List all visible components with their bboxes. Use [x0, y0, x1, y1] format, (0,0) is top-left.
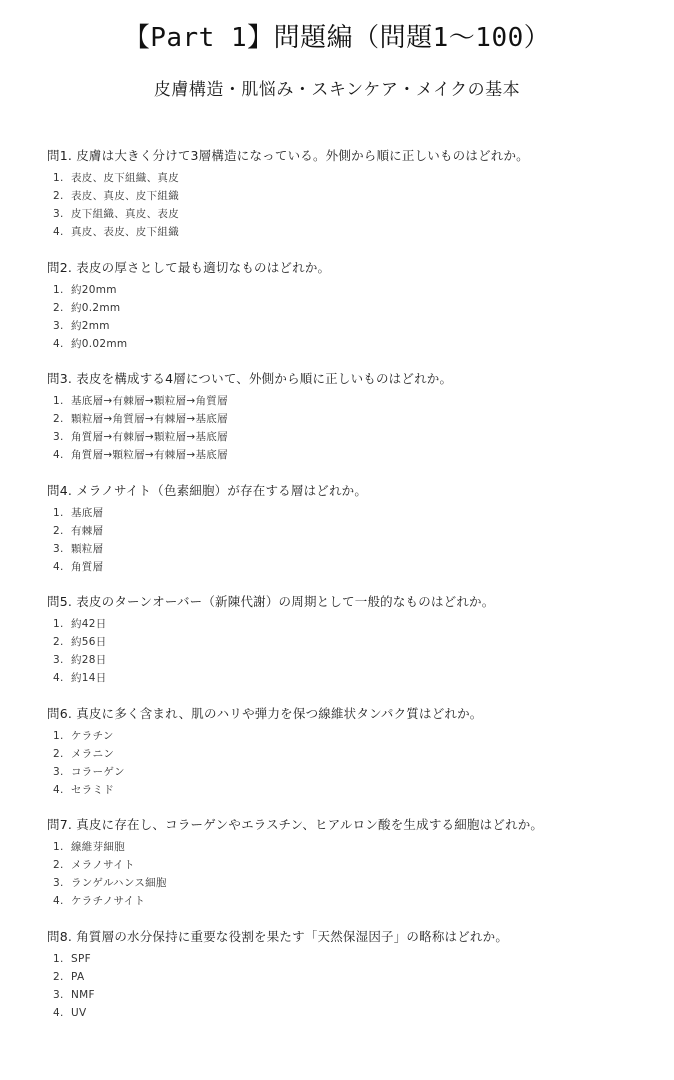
option-text: 約28日 — [71, 654, 107, 666]
option-item: 1.ケラチン — [53, 727, 654, 745]
option-item: 2.有棘層 — [53, 522, 654, 540]
option-number: 1. — [53, 169, 71, 187]
option-text: 真皮、表皮、皮下組織 — [71, 226, 179, 238]
option-item: 4.約0.02mm — [53, 335, 654, 353]
option-text: 約56日 — [71, 636, 107, 648]
option-item: 1.約42日 — [53, 615, 654, 633]
option-text: 角質層→顆粒層→有棘層→基底層 — [71, 449, 228, 461]
option-number: 4. — [53, 223, 71, 241]
option-number: 1. — [53, 727, 71, 745]
option-text: 皮下組織、真皮、表皮 — [71, 208, 179, 220]
option-number: 2. — [53, 299, 71, 317]
option-number: 4. — [53, 446, 71, 464]
option-number: 2. — [53, 633, 71, 651]
option-text: 約0.2mm — [71, 302, 120, 314]
option-text: 表皮、真皮、皮下組織 — [71, 190, 179, 202]
option-number: 3. — [53, 205, 71, 223]
option-text: PA — [71, 971, 84, 983]
option-number: 2. — [53, 522, 71, 540]
option-number: 4. — [53, 1004, 71, 1022]
option-number: 1. — [53, 615, 71, 633]
option-item: 2.約56日 — [53, 633, 654, 651]
option-number: 3. — [53, 763, 71, 781]
option-text: 基底層→有棘層→顆粒層→角質層 — [71, 395, 228, 407]
option-list: 1.約20mm 2.約0.2mm 3.約2mm 4.約0.02mm — [47, 281, 654, 353]
question-number: 問6. — [47, 706, 72, 721]
option-text: 線維芽細胞 — [71, 841, 125, 853]
option-text: UV — [71, 1007, 86, 1019]
option-text: 約20mm — [71, 284, 117, 296]
option-list: 1.約42日 2.約56日 3.約28日 4.約14日 — [47, 615, 654, 687]
option-item: 2.約0.2mm — [53, 299, 654, 317]
question-5: 問5. 表皮のターンオーバー（新陳代謝）の周期として一般的なものはどれか。 1.… — [47, 592, 654, 704]
option-item: 3.約2mm — [53, 317, 654, 335]
option-text: ケラチン — [71, 730, 114, 742]
option-item: 4.セラミド — [53, 781, 654, 799]
option-number: 4. — [53, 335, 71, 353]
option-text: 約42日 — [71, 618, 107, 630]
option-item: 3.NMF — [53, 986, 654, 1004]
option-item: 3.ランゲルハンス細胞 — [53, 874, 654, 892]
option-item: 4.UV — [53, 1004, 654, 1022]
question-body: 真皮に存在し、コラーゲンやエラスチン、ヒアルロン酸を生成する細胞はどれか。 — [76, 817, 543, 832]
option-item: 3.約28日 — [53, 651, 654, 669]
question-text: 問5. 表皮のターンオーバー（新陳代謝）の周期として一般的なものはどれか。 — [47, 592, 654, 612]
question-2: 問2. 表皮の厚さとして最も適切なものはどれか。 1.約20mm 2.約0.2m… — [47, 258, 654, 370]
question-text: 問2. 表皮の厚さとして最も適切なものはどれか。 — [47, 258, 654, 278]
option-item: 3.顆粒層 — [53, 540, 654, 558]
option-text: 表皮、皮下組織、真皮 — [71, 172, 179, 184]
question-1: 問1. 皮膚は大きく分けて3層構造になっている。外側から順に正しいものはどれか。… — [47, 146, 654, 258]
option-number: 4. — [53, 669, 71, 687]
option-item: 4.真皮、表皮、皮下組織 — [53, 223, 654, 241]
page-subtitle: 皮膚構造・肌悩み・スキンケア・メイクの基本 — [0, 78, 674, 102]
option-item: 1.基底層→有棘層→顆粒層→角質層 — [53, 392, 654, 410]
option-text: 顆粒層→角質層→有棘層→基底層 — [71, 413, 228, 425]
option-text: 約2mm — [71, 320, 110, 332]
question-number: 問4. — [47, 483, 72, 498]
option-text: 角質層 — [71, 561, 103, 573]
question-text: 問6. 真皮に多く含まれ、肌のハリや弾力を保つ線維状タンパク質はどれか。 — [47, 704, 654, 724]
option-text: SPF — [71, 953, 91, 965]
question-text: 問1. 皮膚は大きく分けて3層構造になっている。外側から順に正しいものはどれか。 — [47, 146, 654, 166]
option-item: 4.角質層 — [53, 558, 654, 576]
option-number: 1. — [53, 392, 71, 410]
option-item: 2.PA — [53, 968, 654, 986]
option-number: 1. — [53, 950, 71, 968]
option-number: 1. — [53, 504, 71, 522]
option-number: 3. — [53, 428, 71, 446]
option-list: 1.表皮、皮下組織、真皮 2.表皮、真皮、皮下組織 3.皮下組織、真皮、表皮 4… — [47, 169, 654, 241]
option-item: 1.基底層 — [53, 504, 654, 522]
option-item: 2.メラニン — [53, 745, 654, 763]
option-number: 2. — [53, 410, 71, 428]
question-number: 問3. — [47, 371, 72, 386]
option-text: 顆粒層 — [71, 543, 103, 555]
question-text: 問4. メラノサイト（色素細胞）が存在する層はどれか。 — [47, 481, 654, 501]
question-list: 問1. 皮膚は大きく分けて3層構造になっている。外側から順に正しいものはどれか。… — [47, 146, 654, 1038]
option-number: 3. — [53, 651, 71, 669]
question-text: 問7. 真皮に存在し、コラーゲンやエラスチン、ヒアルロン酸を生成する細胞はどれか… — [47, 815, 654, 835]
option-text: 基底層 — [71, 507, 103, 519]
question-body: 表皮を構成する4層について、外側から順に正しいものはどれか。 — [76, 371, 452, 386]
question-number: 問8. — [47, 929, 72, 944]
option-number: 3. — [53, 317, 71, 335]
option-item: 3.角質層→有棘層→顆粒層→基底層 — [53, 428, 654, 446]
option-number: 4. — [53, 558, 71, 576]
option-number: 2. — [53, 968, 71, 986]
option-item: 1.線維芽細胞 — [53, 838, 654, 856]
option-number: 2. — [53, 856, 71, 874]
option-item: 4.角質層→顆粒層→有棘層→基底層 — [53, 446, 654, 464]
option-item: 3.皮下組織、真皮、表皮 — [53, 205, 654, 223]
question-3: 問3. 表皮を構成する4層について、外側から順に正しいものはどれか。 1.基底層… — [47, 369, 654, 481]
option-list: 1.基底層 2.有棘層 3.顆粒層 4.角質層 — [47, 504, 654, 576]
option-item: 1.約20mm — [53, 281, 654, 299]
option-item: 1.表皮、皮下組織、真皮 — [53, 169, 654, 187]
option-number: 3. — [53, 874, 71, 892]
question-number: 問5. — [47, 594, 72, 609]
option-item: 2.顆粒層→角質層→有棘層→基底層 — [53, 410, 654, 428]
question-number: 問1. — [47, 148, 72, 163]
option-text: ケラチノサイト — [71, 895, 145, 907]
option-number: 1. — [53, 838, 71, 856]
option-list: 1.基底層→有棘層→顆粒層→角質層 2.顆粒層→角質層→有棘層→基底層 3.角質… — [47, 392, 654, 464]
option-text: メラニン — [71, 748, 114, 760]
option-text: コラーゲン — [71, 766, 125, 778]
option-number: 1. — [53, 281, 71, 299]
option-number: 3. — [53, 986, 71, 1004]
question-4: 問4. メラノサイト（色素細胞）が存在する層はどれか。 1.基底層 2.有棘層 … — [47, 481, 654, 593]
question-7: 問7. 真皮に存在し、コラーゲンやエラスチン、ヒアルロン酸を生成する細胞はどれか… — [47, 815, 654, 927]
option-item: 3.コラーゲン — [53, 763, 654, 781]
option-number: 2. — [53, 187, 71, 205]
page-title: 【Part 1】問題編（問題1～100） — [0, 20, 674, 56]
option-text: NMF — [71, 989, 95, 1001]
option-text: ランゲルハンス細胞 — [71, 877, 167, 889]
question-text: 問3. 表皮を構成する4層について、外側から順に正しいものはどれか。 — [47, 369, 654, 389]
option-item: 2.メラノサイト — [53, 856, 654, 874]
question-body: 皮膚は大きく分けて3層構造になっている。外側から順に正しいものはどれか。 — [76, 148, 529, 163]
question-body: メラノサイト（色素細胞）が存在する層はどれか。 — [76, 483, 367, 498]
option-text: メラノサイト — [71, 859, 135, 871]
question-body: 表皮のターンオーバー（新陳代謝）の周期として一般的なものはどれか。 — [76, 594, 494, 609]
question-text: 問8. 角質層の水分保持に重要な役割を果たす「天然保湿因子」の略称はどれか。 — [47, 927, 654, 947]
option-text: 角質層→有棘層→顆粒層→基底層 — [71, 431, 228, 443]
question-8: 問8. 角質層の水分保持に重要な役割を果たす「天然保湿因子」の略称はどれか。 1… — [47, 927, 654, 1039]
option-number: 3. — [53, 540, 71, 558]
option-item: 1.SPF — [53, 950, 654, 968]
question-number: 問7. — [47, 817, 72, 832]
option-list: 1.線維芽細胞 2.メラノサイト 3.ランゲルハンス細胞 4.ケラチノサイト — [47, 838, 654, 910]
option-list: 1.SPF 2.PA 3.NMF 4.UV — [47, 950, 654, 1022]
question-number: 問2. — [47, 260, 72, 275]
option-text: 有棘層 — [71, 525, 103, 537]
option-item: 2.表皮、真皮、皮下組織 — [53, 187, 654, 205]
option-text: 約14日 — [71, 672, 107, 684]
option-item: 4.ケラチノサイト — [53, 892, 654, 910]
option-item: 4.約14日 — [53, 669, 654, 687]
option-number: 4. — [53, 781, 71, 799]
option-text: 約0.02mm — [71, 338, 127, 350]
option-number: 2. — [53, 745, 71, 763]
question-body: 角質層の水分保持に重要な役割を果たす「天然保湿因子」の略称はどれか。 — [76, 929, 508, 944]
option-list: 1.ケラチン 2.メラニン 3.コラーゲン 4.セラミド — [47, 727, 654, 799]
question-body: 表皮の厚さとして最も適切なものはどれか。 — [76, 260, 330, 275]
option-text: セラミド — [71, 784, 114, 796]
question-6: 問6. 真皮に多く含まれ、肌のハリや弾力を保つ線維状タンパク質はどれか。 1.ケ… — [47, 704, 654, 816]
option-number: 4. — [53, 892, 71, 910]
question-body: 真皮に多く含まれ、肌のハリや弾力を保つ線維状タンパク質はどれか。 — [76, 706, 482, 721]
